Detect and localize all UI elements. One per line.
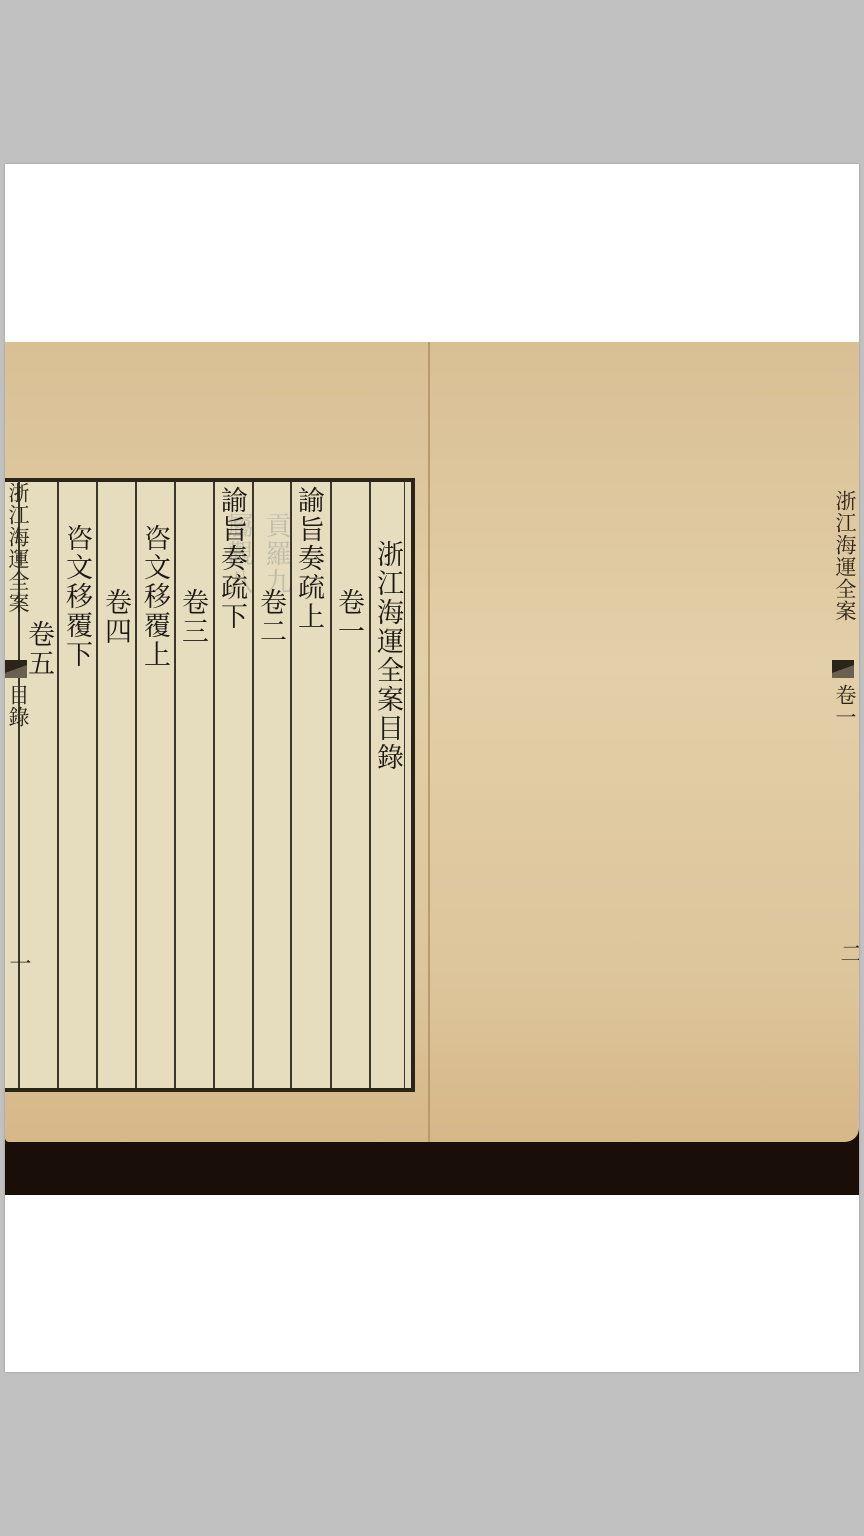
toc-volume-label: 卷四 <box>100 588 130 646</box>
column-rule <box>369 482 371 1088</box>
left-margin-title: 浙江海運全案 <box>5 482 33 614</box>
toc-entry[interactable]: 咨文移覆下 <box>61 524 91 669</box>
right-page-number: 二 <box>834 942 859 964</box>
column-rule <box>330 482 332 1088</box>
right-page: 文將 按 候 俸 俸 水 水 人 人 流四 將國 浙江海運全案 卷一 二 <box>430 342 859 1142</box>
toc-entry[interactable]: 諭旨奏疏上 <box>293 486 323 631</box>
left-page-frame: 貢羅九 屬觀八 浙江海運全案目錄 卷一 諭旨奏疏上 卷二 諭旨奏疏下 卷三 咨文… <box>5 478 415 1092</box>
left-page: 貢羅九 屬觀八 浙江海運全案目錄 卷一 諭旨奏疏上 卷二 諭旨奏疏下 卷三 咨文… <box>5 342 429 1142</box>
toc-title: 浙江海運全案目錄 <box>372 540 402 772</box>
scanned-book-spread: 貢羅九 屬觀八 浙江海運全案目錄 卷一 諭旨奏疏上 卷二 諭旨奏疏下 卷三 咨文… <box>5 342 859 1195</box>
column-rule <box>57 482 59 1088</box>
toc-volume-label: 卷三 <box>177 588 207 646</box>
toc-entry[interactable]: 咨文移覆上 <box>139 524 169 669</box>
fishtail-mark <box>832 660 854 678</box>
right-margin-section: 卷一 <box>830 684 859 728</box>
toc-volume-label: 卷二 <box>255 588 285 646</box>
column-rule <box>135 482 137 1088</box>
bleed-through-text: 貢羅九 <box>261 512 291 596</box>
toc-volume-label: 卷一 <box>333 588 363 646</box>
frame-inner-rule <box>404 482 405 1088</box>
right-margin-title: 浙江海運全案 <box>830 490 859 622</box>
left-margin-section: 目錄 <box>5 684 33 728</box>
column-rule <box>213 482 215 1088</box>
toc-entry[interactable]: 諭旨奏疏下 <box>216 486 246 631</box>
fishtail-mark <box>5 660 27 678</box>
column-rule <box>96 482 98 1088</box>
toc-volume-label: 卷五 <box>23 620 53 678</box>
column-rule <box>174 482 176 1088</box>
left-page-number: 一 <box>5 952 34 974</box>
